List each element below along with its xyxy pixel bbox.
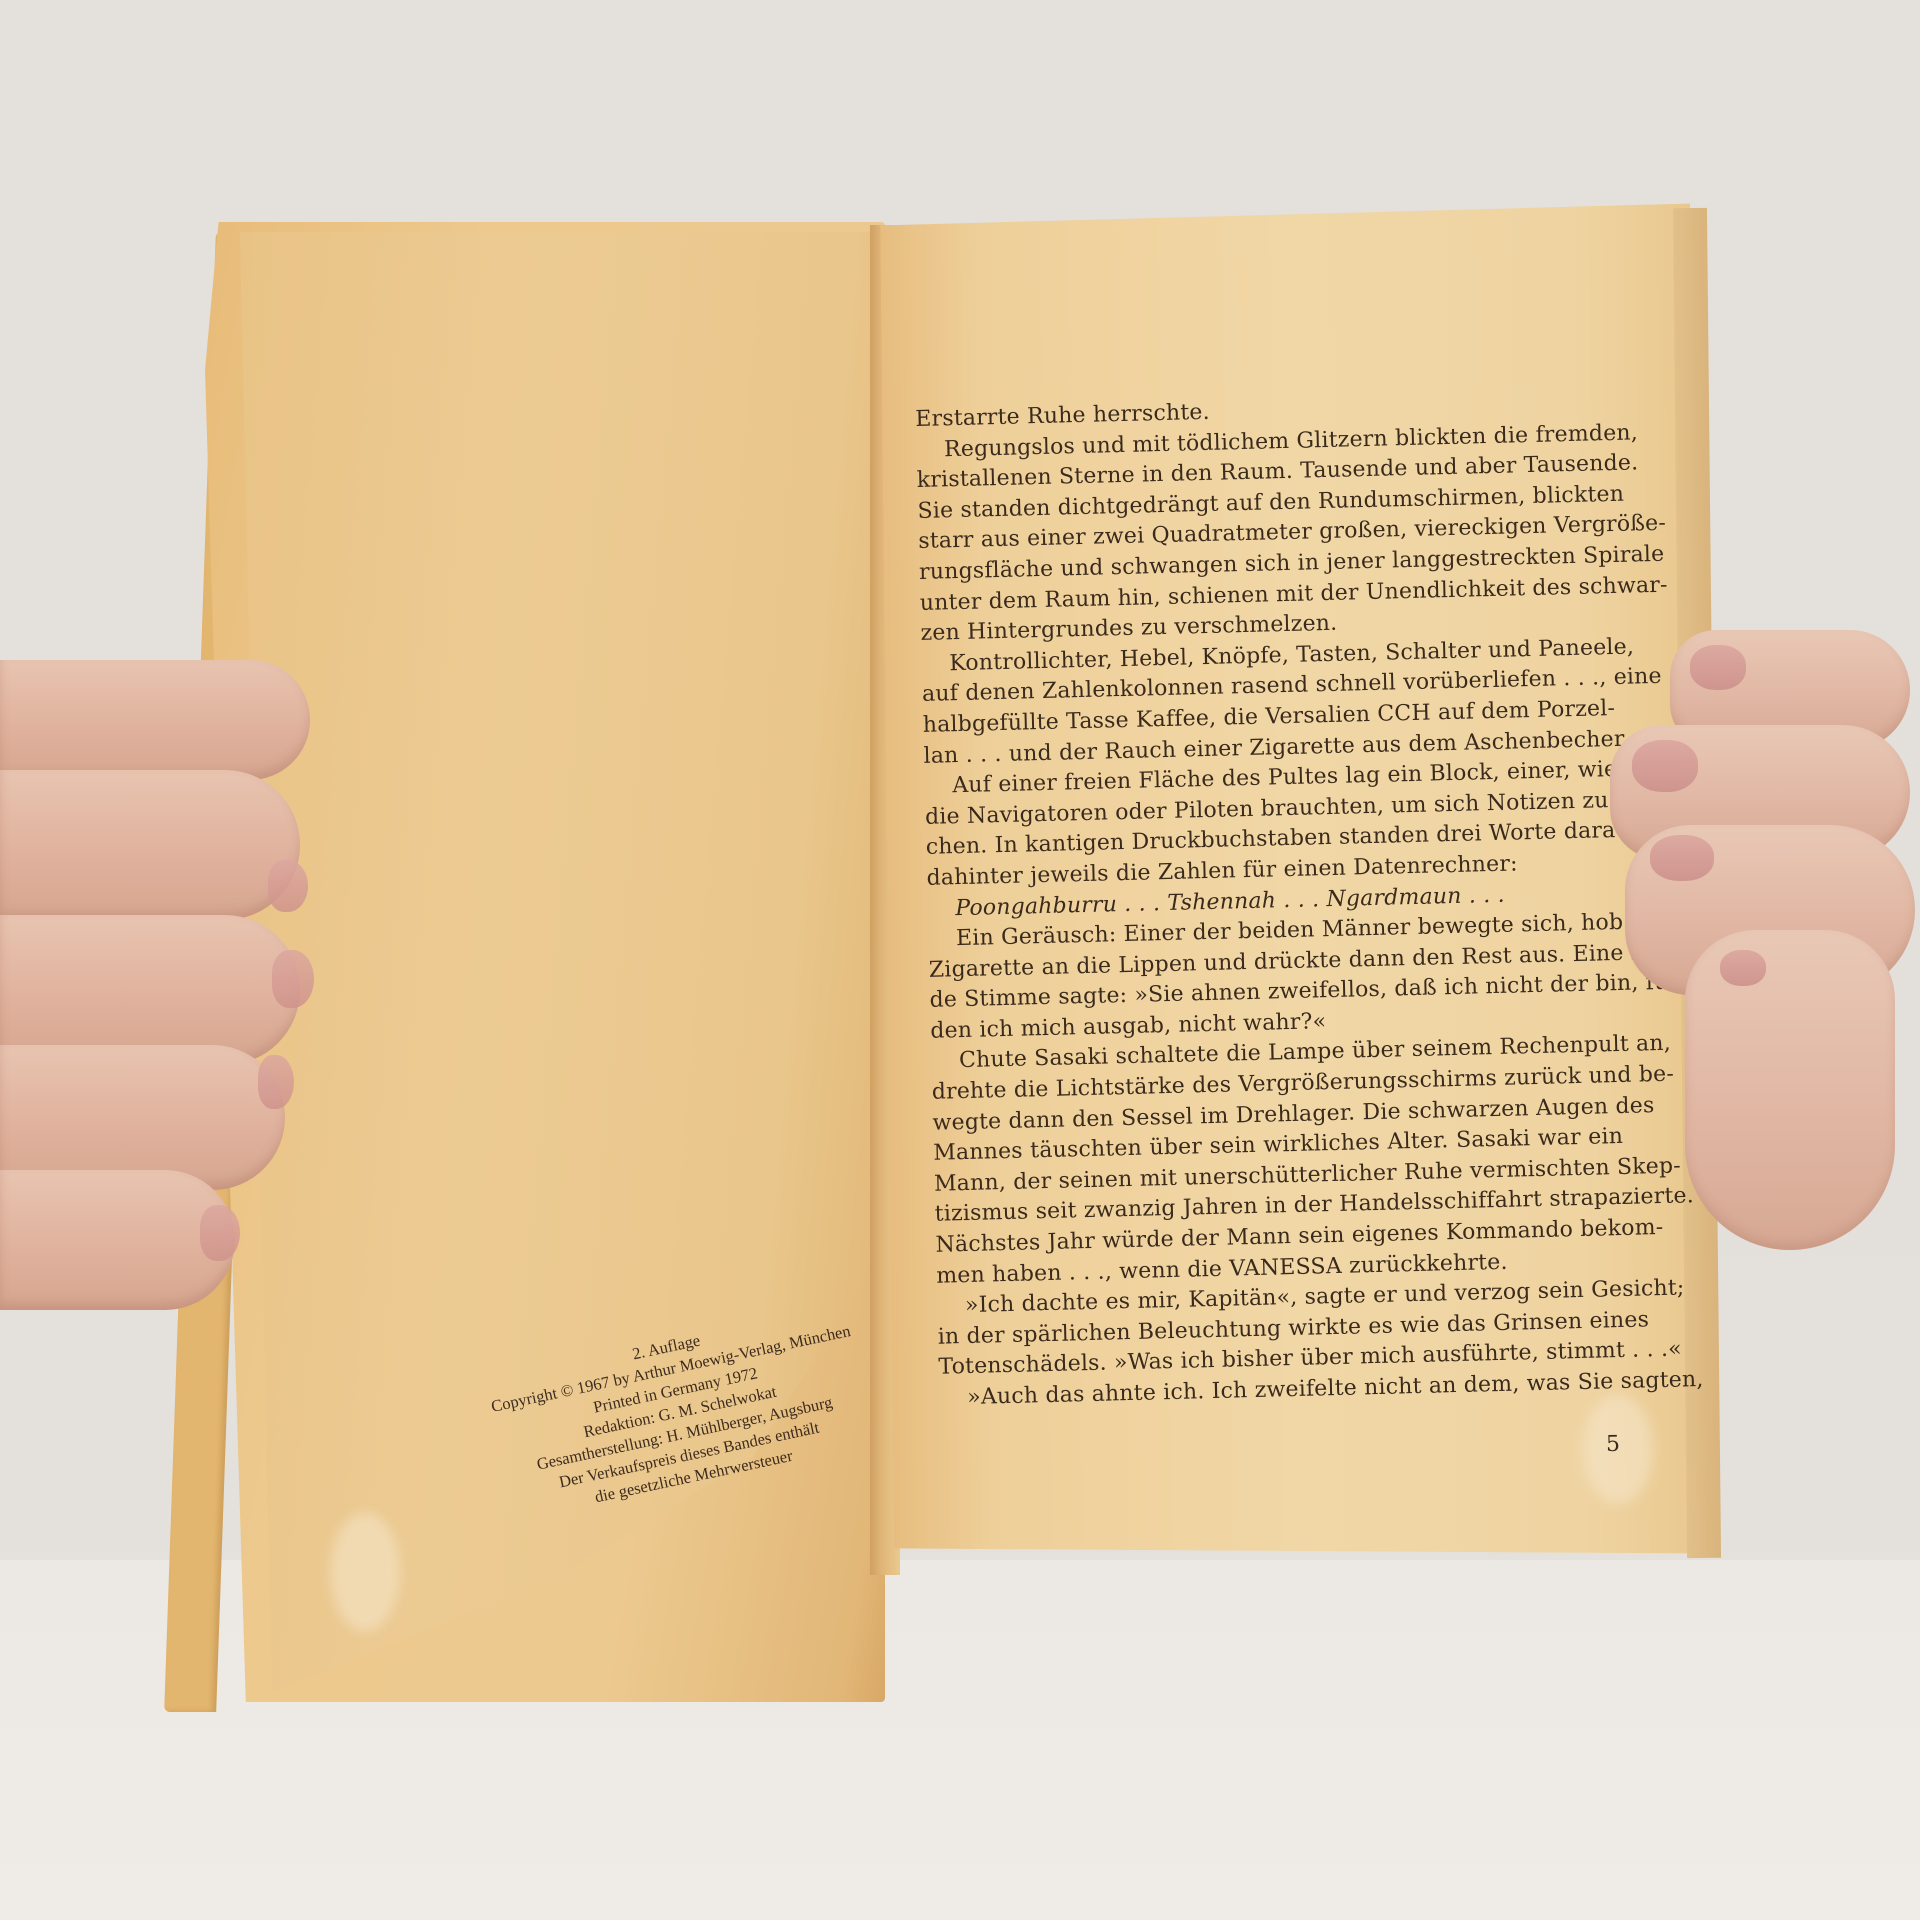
page-stain xyxy=(330,1512,400,1632)
fingernail xyxy=(268,860,308,912)
fingernail xyxy=(1720,950,1766,986)
body-text: Erstarrte Ruhe herrschte.Regungslos und … xyxy=(915,388,1629,1414)
right-hand xyxy=(1610,620,1920,1260)
fingernail xyxy=(258,1055,294,1109)
fingernail xyxy=(200,1205,240,1261)
finger xyxy=(0,660,310,780)
page-number: 5 xyxy=(1606,1432,1621,1457)
finger xyxy=(0,915,300,1065)
left-hand xyxy=(0,650,330,1310)
finger xyxy=(0,1045,285,1190)
fingernail xyxy=(1650,835,1714,881)
fingernail xyxy=(272,950,314,1008)
finger xyxy=(0,770,300,920)
fingernail xyxy=(1690,645,1746,690)
fingernail xyxy=(1632,740,1698,792)
finger xyxy=(1685,930,1895,1250)
